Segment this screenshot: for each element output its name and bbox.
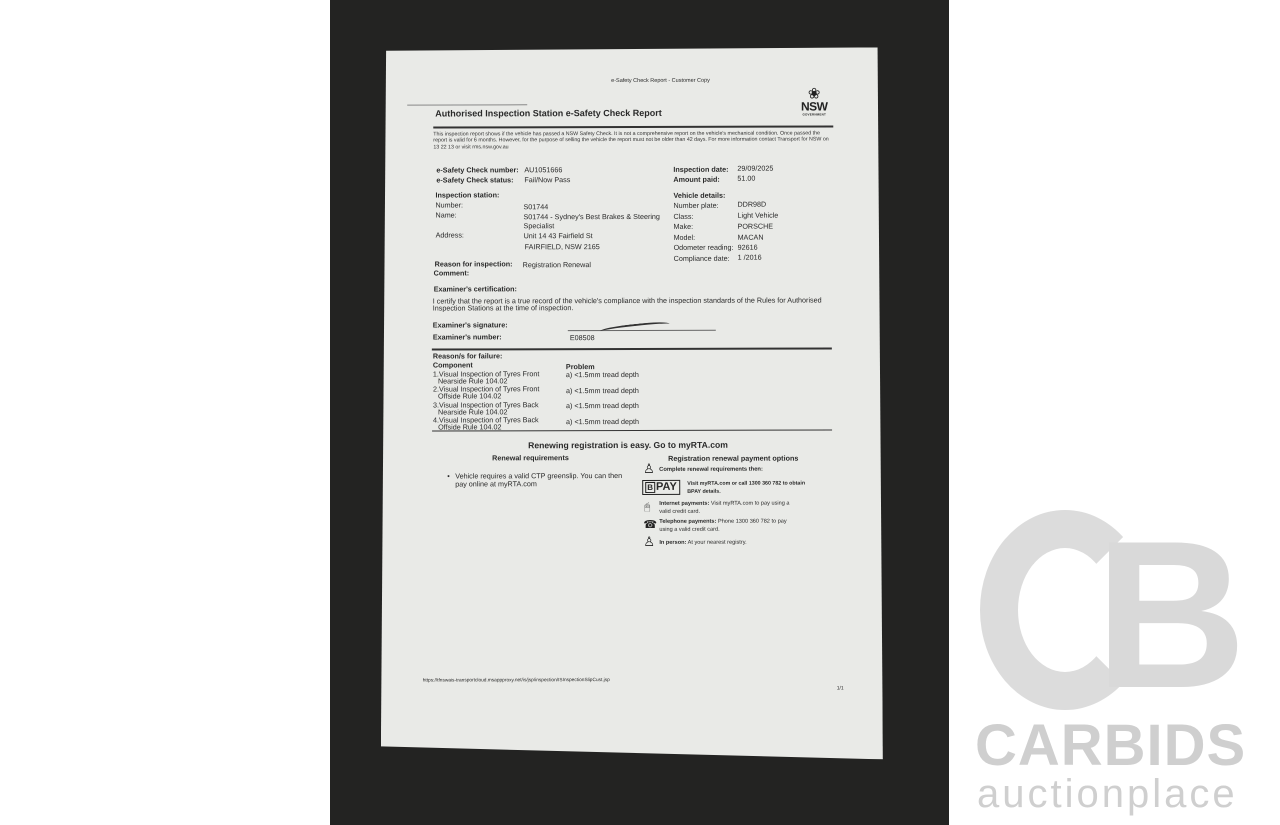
examiner-number-value: E08508 bbox=[570, 333, 595, 342]
station-number-label: Number: bbox=[435, 200, 463, 209]
failure-row-2-problem: a) <1.5mm tread depth bbox=[566, 386, 639, 395]
person-icon: ♙ bbox=[643, 461, 655, 477]
certification-heading: Examiner's certification: bbox=[434, 284, 517, 293]
telephone-icon: ☎ bbox=[643, 518, 657, 531]
phone-line2: using a valid credit card. bbox=[659, 527, 719, 533]
requirement-line2: pay online at myRTA.com bbox=[455, 479, 537, 488]
failure-divider bbox=[432, 429, 832, 431]
station-name-line2: Specialist bbox=[524, 221, 555, 230]
plate-label: Number plate: bbox=[673, 201, 718, 210]
internet-line2: valid credit card. bbox=[659, 509, 700, 515]
carbids-watermark: B CARBIDS auctionplace bbox=[965, 500, 1265, 820]
watermark-b-letter: B bbox=[1095, 515, 1247, 715]
complete-requirements-text: Complete renewal requirements then: bbox=[659, 467, 763, 473]
failure-row-3-problem: a) <1.5mm tread depth bbox=[566, 401, 639, 410]
in-person-icon: ♙ bbox=[643, 534, 655, 550]
inspection-date-label: Inspection date: bbox=[673, 165, 728, 174]
failure-row-2-line2: Offside Rule 104.02 bbox=[438, 391, 501, 400]
phone-label: Telephone payments: bbox=[659, 519, 716, 525]
payment-options-heading: Registration renewal payment options bbox=[668, 454, 798, 463]
bullet-icon: • bbox=[447, 471, 450, 480]
internet-line1: Visit myRTA.com to pay using a bbox=[711, 501, 790, 507]
watermark-tagline: auctionplace bbox=[977, 772, 1238, 817]
check-status-value: Fail/Now Pass bbox=[524, 175, 570, 184]
station-address-label: Address: bbox=[436, 230, 464, 239]
make-label: Make: bbox=[674, 222, 694, 231]
bpay-logo: BPAY bbox=[642, 480, 680, 495]
station-address-line1: Unit 14 43 Fairfield St bbox=[524, 231, 593, 240]
renewal-requirements-heading: Renewal requirements bbox=[492, 453, 569, 462]
station-name-line1: S01744 - Sydney's Best Brakes & Steering bbox=[523, 212, 659, 221]
reason-value: Registration Renewal bbox=[523, 260, 591, 269]
watermark-brand: CARBIDS bbox=[975, 712, 1246, 779]
report-title: Authorised Inspection Station e-Safety C… bbox=[435, 108, 662, 119]
mouse-icon: 🖱 bbox=[644, 502, 650, 513]
check-number-value: AU1051666 bbox=[524, 165, 562, 174]
station-heading: Inspection station: bbox=[435, 190, 499, 199]
odometer-label: Odometer reading: bbox=[674, 243, 734, 252]
check-status-label: e-Safety Check status: bbox=[436, 175, 513, 184]
inspection-date-value: 29/09/2025 bbox=[737, 164, 773, 173]
failure-row-1-problem: a) <1.5mm tread depth bbox=[566, 370, 639, 379]
component-header: Component bbox=[433, 360, 473, 369]
station-name-label: Name: bbox=[435, 210, 456, 219]
vehicle-heading: Vehicle details: bbox=[673, 191, 725, 200]
person-text: At your nearest registry. bbox=[688, 540, 747, 546]
signature-label: Examiner's signature: bbox=[433, 320, 508, 329]
station-address-line2: FAIRFIELD, NSW 2165 bbox=[525, 242, 600, 251]
certification-divider bbox=[432, 347, 832, 350]
intro-text: This inspection report shows if the vehi… bbox=[433, 130, 833, 150]
logo-text: NSW bbox=[797, 101, 831, 112]
comment-label: Comment: bbox=[434, 268, 470, 277]
bpay-line1: Visit myRTA.com or call 1300 360 782 to … bbox=[687, 481, 805, 487]
examiner-signature bbox=[600, 320, 670, 334]
person-label: In person: bbox=[659, 540, 686, 546]
bpay-line2: BPAY details. bbox=[687, 489, 720, 495]
phone-line1: Phone 1300 360 782 to pay bbox=[718, 519, 787, 525]
nsw-government-logo: ❀ NSW GOVERNMENT bbox=[797, 87, 831, 116]
model-value: MACAN bbox=[738, 233, 764, 242]
footer-url: https://tfnswais-transportcloud.msapppro… bbox=[423, 678, 610, 683]
compliance-label: Compliance date: bbox=[674, 254, 730, 263]
bpay-b-icon: B bbox=[645, 482, 655, 493]
failure-row-4-problem: a) <1.5mm tread depth bbox=[566, 417, 639, 426]
bpay-logo-text: PAY bbox=[656, 481, 677, 493]
inspection-report-paper: e-Safety Check Report - Customer Copy Au… bbox=[379, 47, 883, 760]
failure-heading: Reason/s for failure: bbox=[433, 351, 503, 360]
examiner-number-label: Examiner's number: bbox=[433, 332, 502, 341]
renewal-banner: Renewing registration is easy. Go to myR… bbox=[528, 440, 728, 451]
station-number-value: S01744 bbox=[523, 202, 548, 211]
class-label: Class: bbox=[673, 212, 693, 221]
amount-paid-value: 51.00 bbox=[737, 174, 755, 183]
class-value: Light Vehicle bbox=[737, 211, 778, 220]
amount-paid-label: Amount paid: bbox=[673, 175, 719, 184]
title-overline bbox=[407, 104, 527, 105]
internet-label: Internet payments: bbox=[659, 501, 709, 507]
make-value: PORSCHE bbox=[738, 222, 774, 231]
certification-text-line2: Inspection Stations at the time of inspe… bbox=[433, 303, 574, 312]
header-divider bbox=[433, 125, 833, 128]
odometer-value: 92616 bbox=[738, 243, 758, 252]
compliance-value: 1 /2016 bbox=[738, 253, 762, 262]
reason-label: Reason for inspection: bbox=[435, 259, 513, 268]
plate-value: DDR98D bbox=[737, 200, 766, 209]
header-customer-copy: e-Safety Check Report - Customer Copy bbox=[611, 78, 710, 84]
check-number-label: e-Safety Check number: bbox=[436, 165, 518, 174]
model-label: Model: bbox=[674, 233, 696, 242]
footer-page-number: 1/1 bbox=[837, 685, 844, 691]
